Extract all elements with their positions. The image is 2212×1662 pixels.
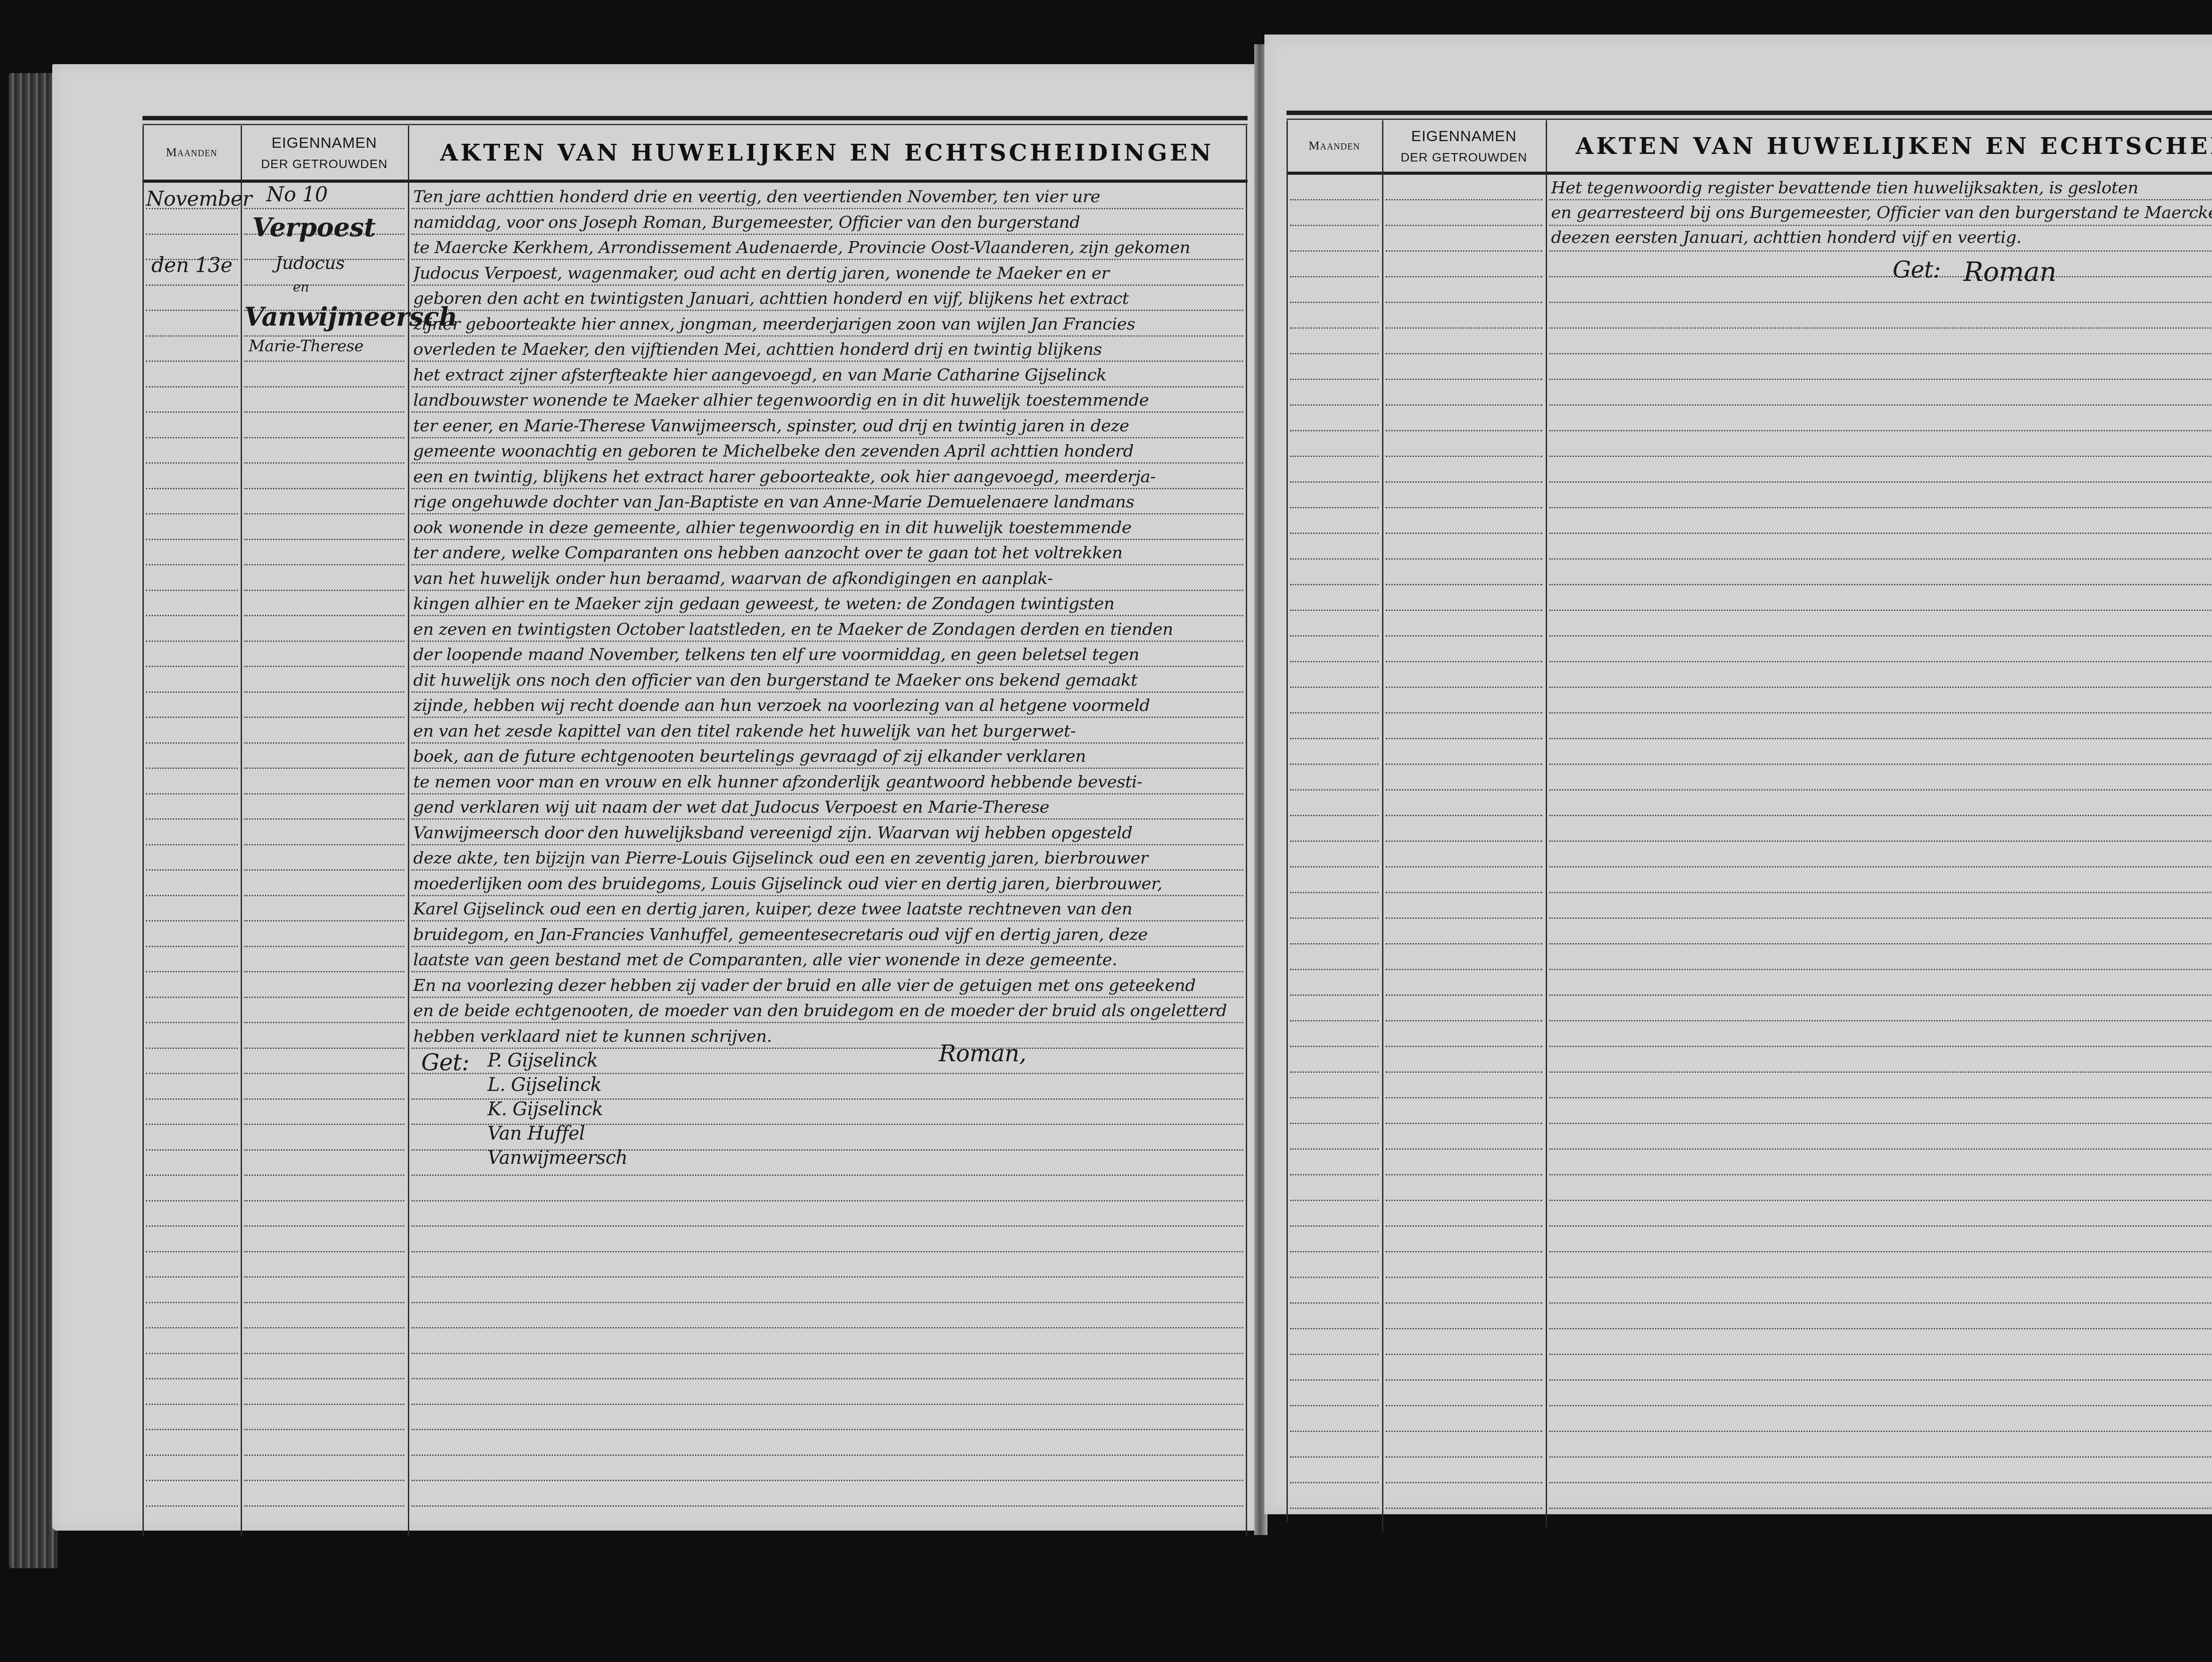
ruled-line xyxy=(146,1455,238,1456)
header-months-label: Maanden xyxy=(1309,139,1360,153)
ruled-line xyxy=(1386,764,1542,765)
witness-signature: Van Huffel xyxy=(488,1122,585,1144)
ruled-line xyxy=(1386,1046,1542,1047)
ruled-line xyxy=(1549,379,2212,380)
ruled-line xyxy=(244,1429,404,1430)
ruled-line xyxy=(244,742,404,744)
ruled-line xyxy=(1386,661,1542,662)
ruled-line xyxy=(1549,841,2212,842)
ruled-line xyxy=(1549,610,2212,611)
ruled-line xyxy=(1549,635,2212,637)
header-names: EIGENNAMEN DER GETROUWDEN xyxy=(1382,121,1546,171)
ruled-line xyxy=(411,310,1243,311)
witness-signature: P. Gijselinck xyxy=(488,1049,598,1071)
ruled-line xyxy=(146,411,238,413)
names-conjunction: en xyxy=(293,280,309,295)
left-register-sheet: Maanden EIGENNAMEN DER GETROUWDEN AKTEN … xyxy=(142,116,1248,1536)
ruled-line xyxy=(146,615,238,616)
ruled-line xyxy=(411,717,1243,718)
ruled-line xyxy=(1290,1379,1379,1381)
ruled-line xyxy=(146,666,238,667)
ruled-line xyxy=(244,1200,404,1201)
ruled-line xyxy=(1290,507,1379,508)
ruled-line xyxy=(1290,687,1379,688)
ruled-line xyxy=(411,691,1243,693)
ruled-line xyxy=(1290,379,1379,380)
ruled-line xyxy=(1386,1148,1542,1150)
ruled-line xyxy=(146,1175,238,1176)
ruled-line xyxy=(244,1048,404,1049)
ruled-line xyxy=(411,844,1243,845)
ruled-line xyxy=(1549,302,2212,303)
ruled-line xyxy=(1386,225,1542,226)
act-body-line: namiddag, voor ons Joseph Roman, Burgeme… xyxy=(413,212,1240,232)
act-body-line: dit huwelijk ons noch den officier van d… xyxy=(413,670,1240,690)
act-body-line: En na voorlezing dezer hebben zij vader … xyxy=(413,975,1240,995)
ruled-line xyxy=(244,335,404,337)
ruled-line xyxy=(1290,584,1379,585)
groom-given-name: Judocus xyxy=(275,253,345,273)
ruled-line xyxy=(244,488,404,489)
ruled-line xyxy=(411,1455,1243,1456)
ruled-line xyxy=(1386,1405,1542,1406)
ruled-line xyxy=(1549,533,2212,534)
ruled-line xyxy=(244,361,404,362)
ruled-line xyxy=(1549,1020,2212,1021)
signed-label: Get: xyxy=(1893,257,1941,283)
top-thin-rule xyxy=(142,124,1248,125)
ruled-line xyxy=(1549,1354,2212,1355)
ruled-line xyxy=(244,539,404,540)
ruled-line xyxy=(1386,1020,1542,1021)
ruled-line xyxy=(146,1302,238,1303)
ruled-line xyxy=(411,462,1243,464)
ruled-line xyxy=(244,971,404,972)
column-divider xyxy=(1286,120,1288,1523)
ruled-line xyxy=(244,462,404,464)
page-title: AKTEN VAN HUWELIJKEN EN ECHTSCHEIDINGEN xyxy=(408,127,1246,179)
ruled-line xyxy=(1549,1379,2212,1381)
ruled-line xyxy=(1386,379,1542,380)
ruled-line xyxy=(1386,610,1542,611)
ruled-line xyxy=(146,310,238,311)
ruled-line xyxy=(1549,1046,2212,1047)
ruled-line xyxy=(1290,610,1379,611)
ruled-line xyxy=(1290,1482,1379,1483)
entry-act-number: No 10 xyxy=(266,182,328,206)
ruled-line xyxy=(411,513,1243,514)
ruled-line xyxy=(244,1073,404,1074)
act-body-line: zijnde, hebben wij recht doende aan hun … xyxy=(413,695,1240,715)
ruled-line xyxy=(411,1480,1243,1481)
ruled-line xyxy=(411,615,1243,616)
ruled-line xyxy=(1290,661,1379,662)
ruled-line xyxy=(1386,1379,1542,1381)
ruled-line xyxy=(244,1225,404,1227)
ruled-line xyxy=(1290,1123,1379,1124)
ruled-line xyxy=(411,590,1243,591)
ruled-line xyxy=(1549,738,2212,739)
ruled-line xyxy=(1386,1174,1542,1175)
ruled-line xyxy=(411,1302,1243,1303)
ruled-line xyxy=(1290,1251,1379,1252)
ruled-line xyxy=(1386,1508,1542,1509)
act-body-line: en zeven en twintigsten October laatstle… xyxy=(413,619,1240,639)
ruled-line xyxy=(1386,558,1542,560)
ruled-line xyxy=(146,971,238,972)
witness-signature: Vanwijmeersch xyxy=(488,1147,627,1168)
ruled-line xyxy=(1386,789,1542,791)
ruled-line xyxy=(1386,1302,1542,1304)
ruled-line xyxy=(1290,430,1379,431)
ruled-line xyxy=(1386,327,1542,329)
top-thick-rule xyxy=(142,116,1248,120)
ruled-line xyxy=(244,768,404,769)
ruled-line xyxy=(1386,1123,1542,1124)
act-body-line: ter eener, en Marie-Therese Vanwijmeersc… xyxy=(413,416,1240,435)
ruled-line xyxy=(146,793,238,795)
ruled-line xyxy=(1549,764,2212,765)
act-body-line: gemeente woonachtig en geboren te Michel… xyxy=(413,441,1240,461)
header-months: Maanden xyxy=(142,127,241,179)
header-names-line1: EIGENNAMEN xyxy=(1411,128,1517,145)
ruled-line xyxy=(411,411,1243,413)
ruled-line xyxy=(411,335,1243,337)
ruled-line xyxy=(146,284,238,286)
ruled-line xyxy=(244,1505,404,1507)
ruled-line xyxy=(1386,1071,1542,1073)
ruled-line xyxy=(146,590,238,591)
ruled-line xyxy=(1290,712,1379,714)
ruled-line xyxy=(411,920,1243,921)
ruled-line xyxy=(411,386,1243,388)
header-months: Maanden xyxy=(1286,121,1382,171)
bride-given-name: Marie-Therese xyxy=(249,337,364,355)
ruled-line xyxy=(1290,738,1379,739)
ruled-line xyxy=(1386,969,1542,970)
act-body-line: het extract zijner afsterfteakte hier aa… xyxy=(413,365,1240,384)
ruled-line xyxy=(411,1327,1243,1328)
act-body-line: boek, aan de future echtgenooten beurtel… xyxy=(413,746,1240,766)
ruled-line xyxy=(244,997,404,998)
ruled-line xyxy=(146,1480,238,1481)
ruled-line xyxy=(411,946,1243,947)
ruled-line xyxy=(146,691,238,693)
ruled-line xyxy=(1290,892,1379,893)
ruled-line xyxy=(1386,507,1542,508)
witness-signature: L. Gijselinck xyxy=(488,1074,601,1095)
ruled-line xyxy=(1386,404,1542,406)
ruled-line xyxy=(1386,1225,1542,1227)
ruled-line xyxy=(1290,1071,1379,1073)
ruled-line xyxy=(411,895,1243,896)
ruled-line xyxy=(1549,1251,2212,1252)
ruled-line xyxy=(244,1276,404,1278)
ruled-line xyxy=(411,1429,1243,1430)
ruled-line xyxy=(1290,1174,1379,1175)
ruled-line xyxy=(1290,276,1379,277)
ruled-line xyxy=(411,1022,1243,1023)
closing-line: Het tegenwoordig register bevattende tie… xyxy=(1551,178,2212,197)
ruled-line xyxy=(1290,1431,1379,1432)
ruled-line xyxy=(1290,1328,1379,1329)
ruled-line xyxy=(146,1225,238,1227)
ruled-line xyxy=(1386,815,1542,816)
ruled-line xyxy=(1290,917,1379,919)
ruled-line xyxy=(1290,815,1379,816)
act-body-line: een en twintig, blijkens het extract har… xyxy=(413,467,1240,486)
ruled-line xyxy=(146,1149,238,1151)
ruled-line xyxy=(146,997,238,998)
column-divider xyxy=(142,126,144,1537)
ruled-line xyxy=(146,1429,238,1430)
ruled-line xyxy=(1290,866,1379,867)
act-body-line: te nemen voor man en vrouw en elk hunner… xyxy=(413,772,1240,791)
ruled-line xyxy=(1290,533,1379,534)
ruled-line xyxy=(146,1378,238,1379)
ruled-line xyxy=(1290,225,1379,226)
act-body-line: zijner geboorteakte hier annex, jongman,… xyxy=(413,314,1240,334)
ruled-line xyxy=(1549,404,2212,406)
ruled-line xyxy=(244,895,404,896)
ruled-line xyxy=(1386,917,1542,919)
page-title: AKTEN VAN HUWELIJKEN EN ECHTSCHEIDINGEN xyxy=(1546,121,2212,171)
ruled-line xyxy=(1386,1431,1542,1432)
ruled-line xyxy=(1386,738,1542,739)
act-body-line: landbouwster wonende te Maeker alhier te… xyxy=(413,390,1240,410)
act-body-line: Judocus Verpoest, wagenmaker, oud acht e… xyxy=(413,263,1240,283)
act-body-line: overleden te Maeker, den vijftienden Mei… xyxy=(413,339,1240,359)
act-body-line: geboren den acht en twintigsten Januari,… xyxy=(413,288,1240,308)
ruled-line xyxy=(1386,712,1542,714)
header-names-line2: DER GETROUWDEN xyxy=(261,157,388,171)
ruled-line xyxy=(1386,302,1542,303)
header-names-line1: EIGENNAMEN xyxy=(272,134,377,152)
ruled-line xyxy=(1549,250,2212,252)
ruled-line xyxy=(146,1048,238,1049)
act-body-line: van het huwelijk onder hun beraamd, waar… xyxy=(413,568,1240,588)
ruled-line xyxy=(1386,1328,1542,1329)
ruled-line xyxy=(1290,1097,1379,1098)
ruled-line xyxy=(1290,1456,1379,1458)
page-title-text: AKTEN VAN HUWELIJKEN EN ECHTSCHEIDINGEN xyxy=(1576,133,2212,160)
ruled-line xyxy=(1549,1200,2212,1201)
ruled-line xyxy=(244,920,404,921)
ruled-line xyxy=(411,1505,1243,1507)
ruled-line xyxy=(244,1149,404,1151)
ruled-line xyxy=(1386,430,1542,431)
ruled-line xyxy=(1386,635,1542,637)
ruled-line xyxy=(146,1505,238,1507)
ruled-line xyxy=(146,234,238,235)
ruled-line xyxy=(1290,635,1379,637)
ruled-line xyxy=(1549,661,2212,662)
ruled-line xyxy=(146,1098,238,1100)
ruled-line xyxy=(1549,712,2212,714)
ruled-line xyxy=(1290,943,1379,944)
column-divider xyxy=(408,126,409,1537)
ruled-line xyxy=(244,1098,404,1100)
ruled-line xyxy=(411,539,1243,540)
header-months-label: Maanden xyxy=(166,146,217,160)
ruled-line xyxy=(1549,1456,2212,1458)
ruled-line xyxy=(1549,225,2212,226)
ruled-line xyxy=(146,1251,238,1252)
ruled-line xyxy=(411,997,1243,998)
ruled-line xyxy=(1290,1200,1379,1201)
ruled-line xyxy=(244,1353,404,1354)
ruled-line xyxy=(244,590,404,591)
ruled-line xyxy=(411,234,1243,235)
act-body-line: Vanwijmeersch door den huwelijksband ver… xyxy=(413,823,1240,842)
ruled-line xyxy=(1549,276,2212,277)
ruled-line xyxy=(146,895,238,896)
ruled-line xyxy=(244,844,404,845)
ruled-line xyxy=(244,411,404,413)
ruled-line xyxy=(1549,1328,2212,1329)
act-body-line: ter andere, welke Comparanten ons hebben… xyxy=(413,543,1240,562)
ruled-line xyxy=(1549,1225,2212,1227)
ruled-line xyxy=(1549,1148,2212,1150)
top-thin-rule xyxy=(1286,119,2212,120)
officer-signature: Roman xyxy=(1963,257,2056,288)
ruled-line xyxy=(244,641,404,642)
ruled-line xyxy=(244,284,404,286)
ruled-line xyxy=(146,768,238,769)
ruled-line xyxy=(1549,481,2212,483)
ruled-line xyxy=(146,488,238,489)
act-body-line: moederlijken oom des bruidegoms, Louis G… xyxy=(413,874,1240,893)
ruled-line xyxy=(1549,994,2212,996)
act-body-line: laatste van geen bestand met de Comparan… xyxy=(413,950,1240,969)
ruled-line xyxy=(411,1353,1243,1354)
ruled-line xyxy=(1386,1097,1542,1098)
ruled-line xyxy=(244,615,404,616)
ruled-line xyxy=(1386,533,1542,534)
act-body-line: der loopende maand November, telkens ten… xyxy=(413,645,1240,664)
ruled-line xyxy=(411,564,1243,565)
column-divider xyxy=(1382,120,1383,1531)
ruled-line xyxy=(411,361,1243,362)
ruled-line xyxy=(244,717,404,718)
ruled-line xyxy=(1290,1225,1379,1227)
ruled-line xyxy=(1549,507,2212,508)
header-names-line2: DER GETROUWDEN xyxy=(1401,150,1527,165)
ruled-line xyxy=(411,1200,1243,1201)
ruled-line xyxy=(1386,943,1542,944)
act-body-line: Ten jare achttien honderd drie en veerti… xyxy=(413,187,1240,206)
ruled-line xyxy=(146,1327,238,1328)
ruled-line xyxy=(1549,1174,2212,1175)
ruled-line xyxy=(1386,1456,1542,1458)
ruled-line xyxy=(146,946,238,947)
ruled-line xyxy=(1386,1277,1542,1278)
ruled-line xyxy=(146,1353,238,1354)
ruled-line xyxy=(1549,1071,2212,1073)
ruled-line xyxy=(1549,430,2212,431)
header-names: EIGENNAMEN DER GETROUWDEN xyxy=(241,127,408,179)
ruled-line xyxy=(1549,456,2212,457)
ruled-line xyxy=(1290,481,1379,483)
ruled-line xyxy=(1386,892,1542,893)
ruled-line xyxy=(411,284,1243,286)
ruled-line xyxy=(1386,250,1542,252)
ruled-line xyxy=(1386,199,1542,200)
ruled-line xyxy=(146,742,238,744)
ruled-line xyxy=(1290,1354,1379,1355)
ruled-line xyxy=(146,717,238,718)
ruled-line xyxy=(1290,327,1379,329)
column-divider xyxy=(241,126,242,1537)
ruled-line xyxy=(411,971,1243,972)
ruled-line xyxy=(1549,558,2212,560)
ruled-line xyxy=(1290,969,1379,970)
ruled-line xyxy=(244,437,404,438)
ruled-line xyxy=(411,1175,1243,1176)
ruled-line xyxy=(411,437,1243,438)
ruled-line xyxy=(1290,1046,1379,1047)
ruled-line xyxy=(1549,1431,2212,1432)
ruled-line xyxy=(1549,1405,2212,1406)
ruled-line xyxy=(1290,1508,1379,1509)
act-body-line: te Maercke Kerkhem, Arrondissement Auden… xyxy=(413,238,1240,257)
ruled-line xyxy=(1549,1482,2212,1483)
ruled-line xyxy=(1386,584,1542,585)
ruled-line xyxy=(411,1404,1243,1405)
ruled-line xyxy=(1386,1200,1542,1201)
entry-day: den 13e xyxy=(151,253,232,277)
ruled-line xyxy=(244,946,404,947)
ruled-line xyxy=(1549,943,2212,944)
book-edge-left xyxy=(9,73,58,1568)
closing-line: deezen eersten Januari, achttien honderd… xyxy=(1551,227,2212,247)
ruled-line xyxy=(146,513,238,514)
ruled-line xyxy=(146,1124,238,1125)
ruled-line xyxy=(146,386,238,388)
ruled-line xyxy=(1549,892,2212,893)
ruled-line xyxy=(1290,404,1379,406)
act-body-line: ook wonende in deze gemeente, alhier teg… xyxy=(413,518,1240,537)
ruled-line xyxy=(146,869,238,871)
ruled-line xyxy=(1549,327,2212,329)
page-title-text: AKTEN VAN HUWELIJKEN EN ECHTSCHEIDINGEN xyxy=(440,139,1214,166)
ruled-line xyxy=(1290,250,1379,252)
ruled-line xyxy=(411,641,1243,642)
ruled-line xyxy=(244,1124,404,1125)
ruled-line xyxy=(244,691,404,693)
ruled-line xyxy=(244,1302,404,1303)
ruled-line xyxy=(411,1251,1243,1252)
right-register-sheet: Maanden EIGENNAMEN DER GETROUWDEN AKTEN … xyxy=(1286,111,2212,1535)
ruled-line xyxy=(411,742,1243,744)
ruled-line xyxy=(146,818,238,820)
signed-label: Get: xyxy=(421,1049,469,1076)
ruled-line xyxy=(1290,199,1379,200)
ruled-line xyxy=(1386,687,1542,688)
ruled-line xyxy=(1386,353,1542,354)
ruled-line xyxy=(146,1200,238,1201)
header-rule xyxy=(1286,172,2212,175)
ruled-line xyxy=(1549,1123,2212,1124)
ruled-line xyxy=(244,1251,404,1252)
ruled-line xyxy=(1549,1097,2212,1098)
ruled-line xyxy=(244,1404,404,1405)
ruled-line xyxy=(1290,1302,1379,1304)
ruled-line xyxy=(244,793,404,795)
ruled-line xyxy=(244,869,404,871)
ruled-line xyxy=(146,1073,238,1074)
ruled-line xyxy=(1549,199,2212,200)
